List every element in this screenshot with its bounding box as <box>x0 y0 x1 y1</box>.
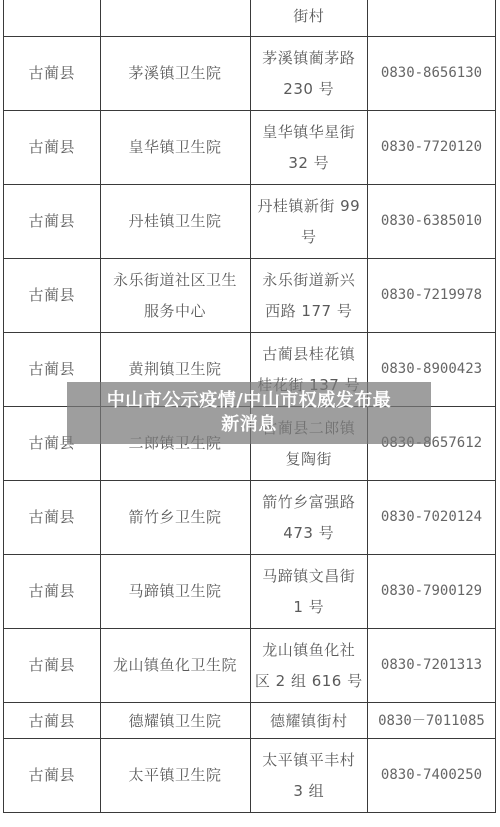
address-cell: 街村 <box>250 0 367 37</box>
address-line: 太平镇平丰村 <box>255 745 363 776</box>
address-cell: 箭竹乡富强路 473 号 <box>250 481 367 555</box>
address-line: 箭竹乡富强路 <box>255 487 363 518</box>
table-row: 古蔺县 马蹄镇卫生院 马蹄镇文昌街 1 号 0830-7900129 <box>4 555 496 629</box>
address-cell: 龙山镇鱼化社 区 2 组 616 号 <box>250 629 367 703</box>
county-cell <box>4 0 101 37</box>
institution-cell: 太平镇卫生院 <box>100 739 250 813</box>
phone-cell: 0830-7720120 <box>367 111 495 185</box>
address-line: 230 号 <box>255 74 363 105</box>
table-row: 古蔺县 箭竹乡卫生院 箭竹乡富强路 473 号 0830-7020124 <box>4 481 496 555</box>
county-cell: 古蔺县 <box>4 555 101 629</box>
address-line: 丹桂镇新街 99 <box>255 191 363 222</box>
phone-cell: 0830-7020124 <box>367 481 495 555</box>
address-cell: 马蹄镇文昌街 1 号 <box>250 555 367 629</box>
phone-cell: 0830-8656130 <box>367 37 495 111</box>
institution-cell: 永乐街道社区卫生 服务中心 <box>100 259 250 333</box>
address-line: 马蹄镇文昌街 <box>255 561 363 592</box>
address-line: 32 号 <box>255 148 363 179</box>
institution-cell: 茅溪镇卫生院 <box>100 37 250 111</box>
county-cell: 古蔺县 <box>4 739 101 813</box>
headline-line-2: 新消息 <box>221 413 277 437</box>
phone-cell: 0830-7201313 <box>367 629 495 703</box>
address-line: 复陶街 <box>255 444 363 475</box>
address-line: 永乐街道新兴 <box>255 265 363 296</box>
table-row: 古蔺县 德耀镇卫生院 德耀镇街村 0830－7011085 <box>4 703 496 739</box>
address-cell: 永乐街道新兴 西路 177 号 <box>250 259 367 333</box>
phone-cell: 0830-7900129 <box>367 555 495 629</box>
table-row: 古蔺县 龙山镇鱼化卫生院 龙山镇鱼化社 区 2 组 616 号 0830-720… <box>4 629 496 703</box>
address-line: 号 <box>255 222 363 253</box>
institution-cell: 马蹄镇卫生院 <box>100 555 250 629</box>
address-line: 西路 177 号 <box>255 296 363 327</box>
address-line: 区 2 组 616 号 <box>255 666 363 697</box>
address-cell: 皇华镇华星街 32 号 <box>250 111 367 185</box>
address-line: 1 号 <box>255 592 363 623</box>
headline-overlay-banner: 中山市公示疫情/中山市权威发布最 新消息 <box>67 382 431 444</box>
county-cell: 古蔺县 <box>4 111 101 185</box>
address-cell: 德耀镇街村 <box>250 703 367 739</box>
headline-line-1: 中山市公示疫情/中山市权威发布最 <box>107 389 392 413</box>
institution-cell: 丹桂镇卫生院 <box>100 185 250 259</box>
county-cell: 古蔺县 <box>4 703 101 739</box>
table-row: 古蔺县 丹桂镇卫生院 丹桂镇新街 99 号 0830-6385010 <box>4 185 496 259</box>
phone-cell: 0830-6385010 <box>367 185 495 259</box>
county-cell: 古蔺县 <box>4 37 101 111</box>
phone-cell <box>367 0 495 37</box>
institution-cell: 箭竹乡卫生院 <box>100 481 250 555</box>
institution-cell: 德耀镇卫生院 <box>100 703 250 739</box>
address-line: 皇华镇华星街 <box>255 117 363 148</box>
county-cell: 古蔺县 <box>4 259 101 333</box>
table-row-partial: 街村 <box>4 0 496 37</box>
county-cell: 古蔺县 <box>4 481 101 555</box>
address-line: 龙山镇鱼化社 <box>255 635 363 666</box>
institution-line: 服务中心 <box>105 296 246 327</box>
phone-cell: 0830-7400250 <box>367 739 495 813</box>
address-line: 茅溪镇蔺茅路 <box>255 43 363 74</box>
institution-line: 永乐街道社区卫生 <box>105 265 246 296</box>
institution-cell <box>100 0 250 37</box>
address-line: 古蔺县桂花镇 <box>255 339 363 370</box>
address-line: 3 组 <box>255 776 363 807</box>
county-cell: 古蔺县 <box>4 185 101 259</box>
institution-cell: 龙山镇鱼化卫生院 <box>100 629 250 703</box>
county-cell: 古蔺县 <box>4 629 101 703</box>
table-row: 古蔺县 皇华镇卫生院 皇华镇华星街 32 号 0830-7720120 <box>4 111 496 185</box>
table-row: 古蔺县 永乐街道社区卫生 服务中心 永乐街道新兴 西路 177 号 0830-7… <box>4 259 496 333</box>
table-row: 古蔺县 太平镇卫生院 太平镇平丰村 3 组 0830-7400250 <box>4 739 496 813</box>
address-cell: 丹桂镇新街 99 号 <box>250 185 367 259</box>
phone-cell: 0830－7011085 <box>367 703 495 739</box>
table-row: 古蔺县 茅溪镇卫生院 茅溪镇蔺茅路 230 号 0830-8656130 <box>4 37 496 111</box>
institution-cell: 皇华镇卫生院 <box>100 111 250 185</box>
address-cell: 茅溪镇蔺茅路 230 号 <box>250 37 367 111</box>
phone-cell: 0830-7219978 <box>367 259 495 333</box>
address-line: 473 号 <box>255 518 363 549</box>
address-cell: 太平镇平丰村 3 组 <box>250 739 367 813</box>
